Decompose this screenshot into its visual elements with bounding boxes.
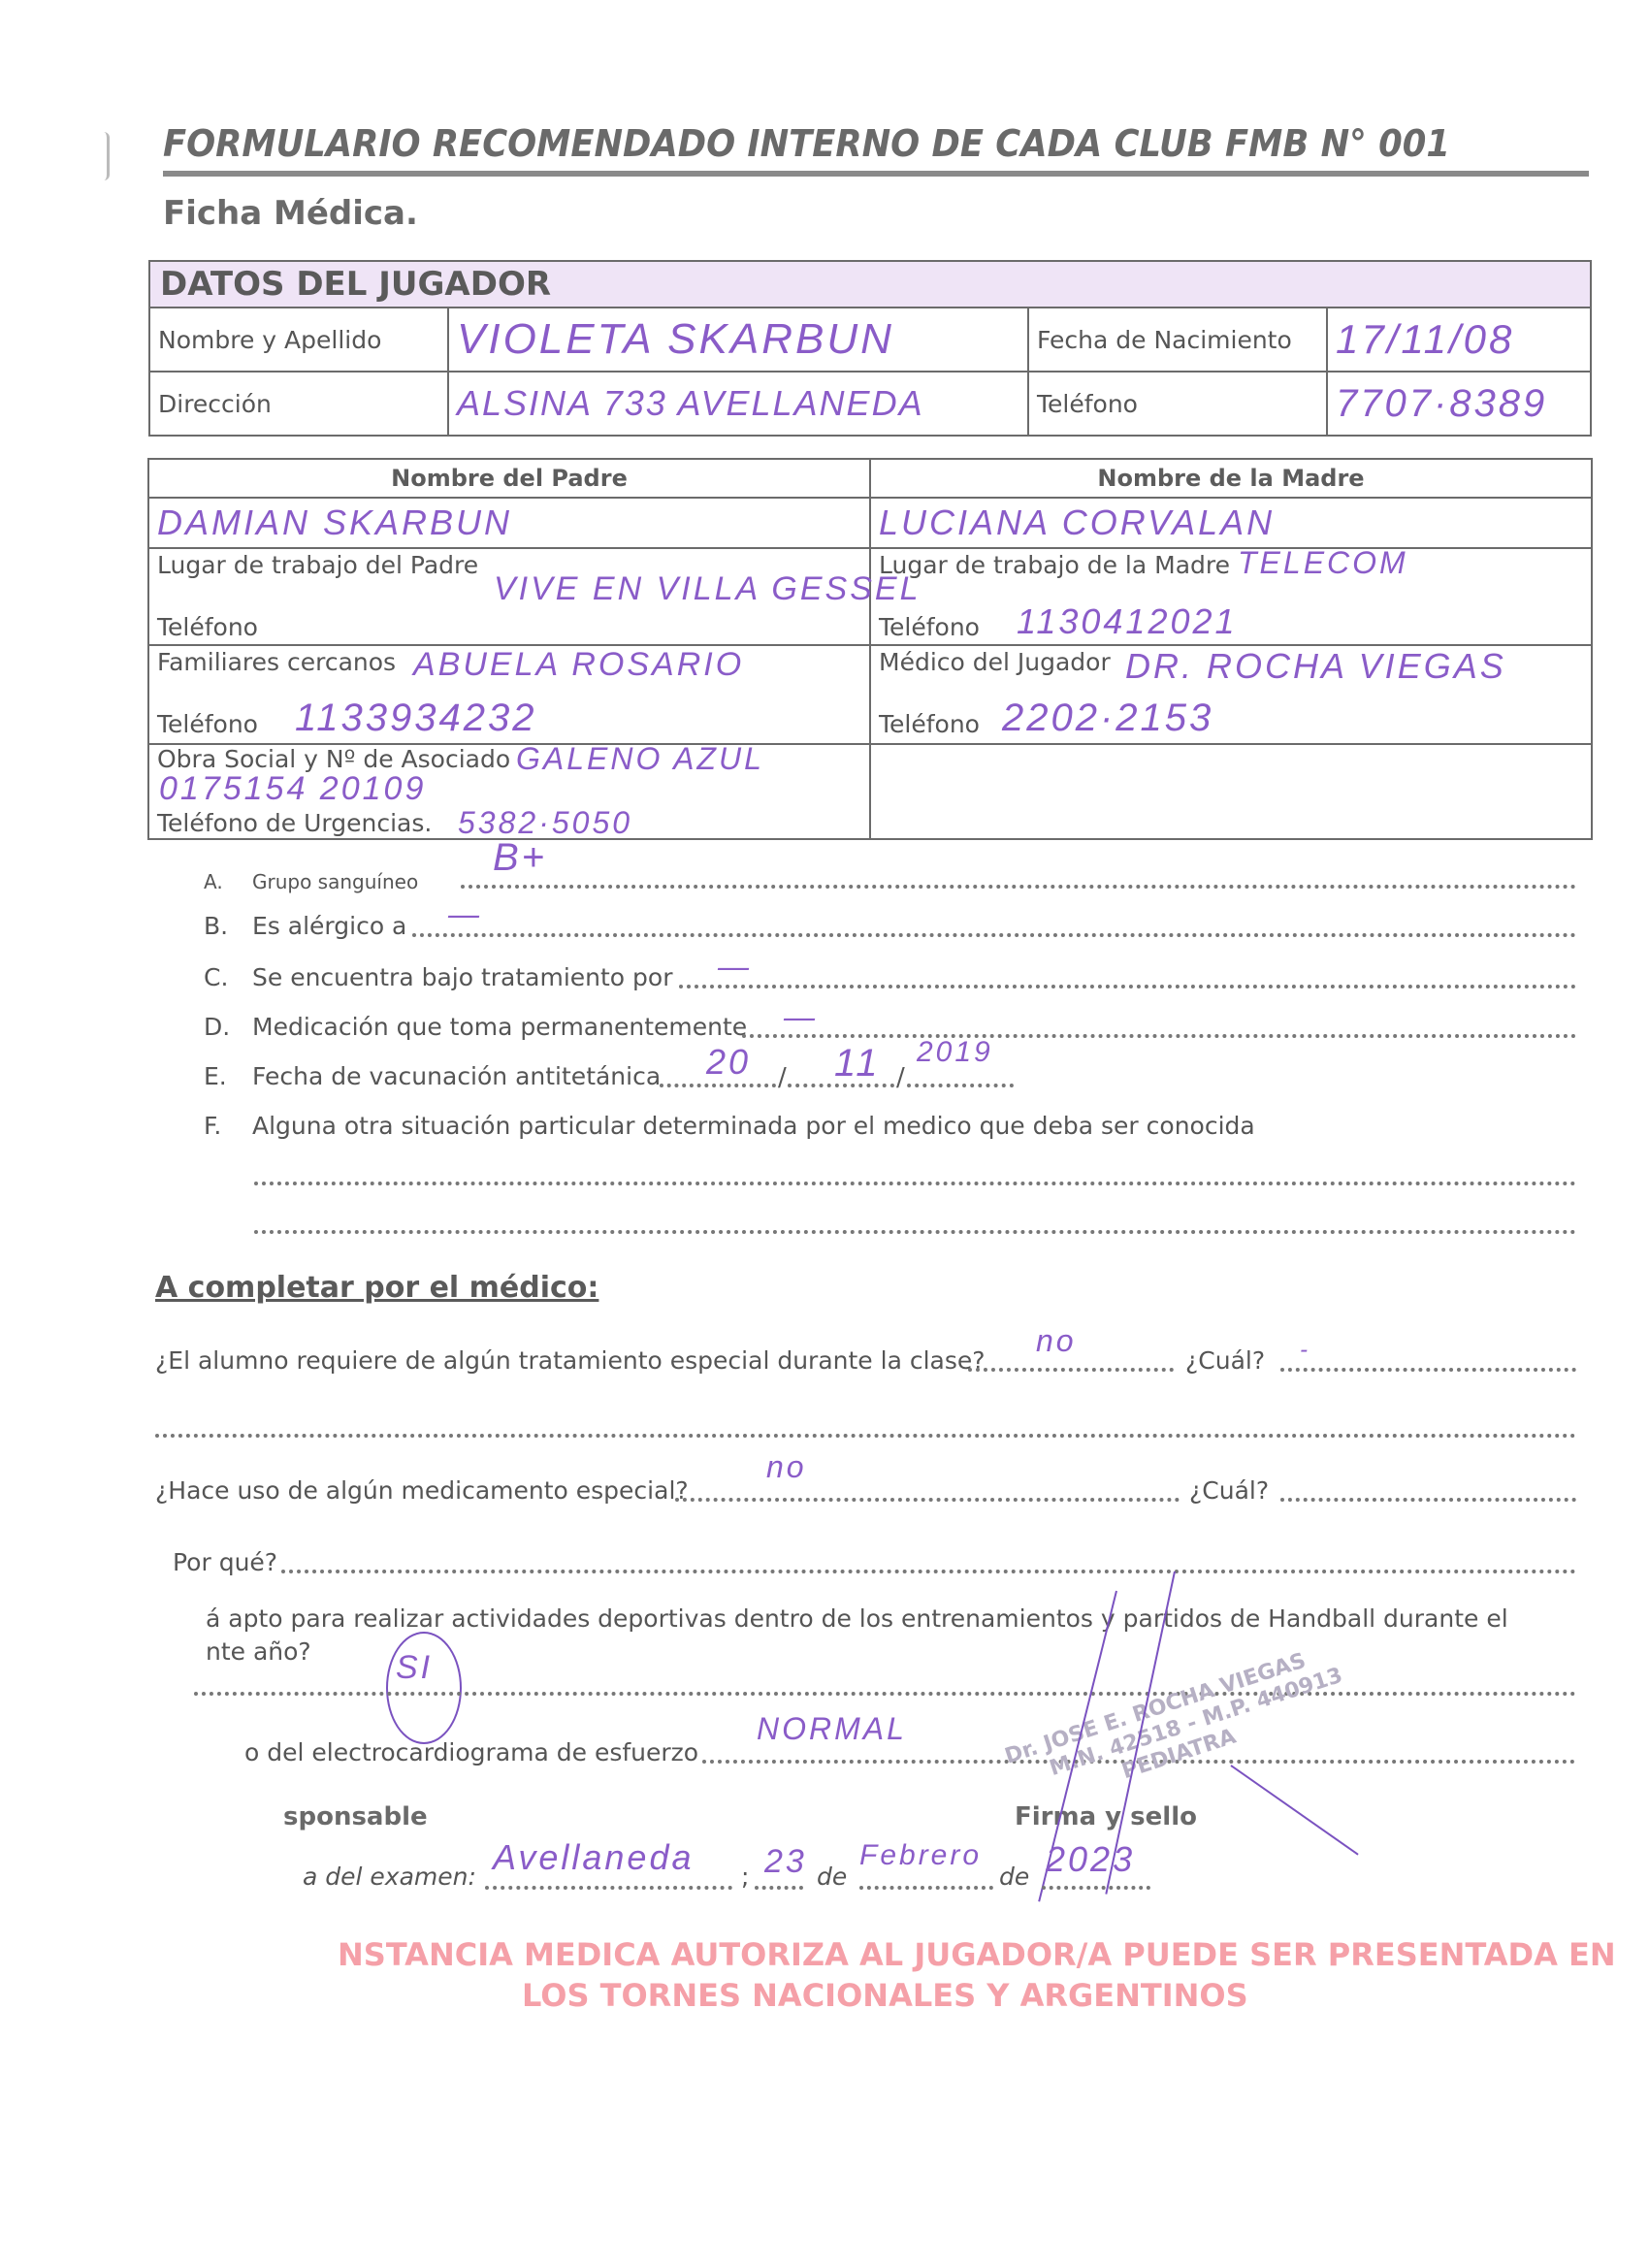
q-medication-label: ¿Hace uso de algún medicamento especial?	[155, 1476, 689, 1505]
list-letter: D.	[204, 1013, 252, 1041]
exam-day-field[interactable]: 23	[764, 1843, 807, 1881]
relatives-label: Familiares cercanos	[157, 648, 396, 676]
form-subtitle: Ficha Médica.	[163, 194, 418, 233]
emergency-label: Teléfono de Urgencias.	[157, 809, 432, 837]
list-item-treatment: C.Se encuentra bajo tratamiento por	[204, 963, 673, 991]
q-special-treatment-field[interactable]: no	[1036, 1323, 1077, 1359]
exam-de-label: de	[817, 1863, 847, 1891]
medication-line[interactable]	[742, 1034, 1576, 1038]
other-line-2[interactable]	[254, 1230, 1576, 1234]
address-label: Dirección	[158, 390, 272, 418]
q-ecg-label: o del electrocardiograma de esfuerzo	[244, 1738, 698, 1766]
q-special-treatment-line[interactable]	[968, 1368, 1174, 1372]
q-fit-label-line2: nte año?	[206, 1637, 311, 1666]
other-label: Alguna otra situación particular determi…	[252, 1112, 1255, 1140]
doctor-phone-label: Teléfono	[879, 710, 980, 738]
exam-month-line[interactable]	[859, 1886, 993, 1890]
q-medication-which-label: ¿Cuál?	[1189, 1476, 1269, 1505]
tetanus-year-line[interactable]	[907, 1084, 1014, 1087]
blood-type-field[interactable]: B+	[493, 836, 547, 880]
q-special-treatment-label: ¿El alumno requiere de algún tratamiento…	[155, 1346, 986, 1375]
insurance-number-field[interactable]: 0175154 20109	[159, 770, 426, 808]
name-field[interactable]: VIOLETA SKARBUN	[457, 315, 894, 363]
q-medication-line[interactable]	[675, 1498, 1180, 1502]
birth-label: Fecha de Nacimiento	[1037, 326, 1292, 354]
exam-de-label: de	[999, 1863, 1029, 1891]
doctor-stamp: Dr. JOSE E. ROCHA VIEGAS M.N. 42518 - M.…	[1002, 1639, 1354, 1818]
q-special-treatment-which-label: ¿Cuál?	[1185, 1346, 1265, 1375]
phone-label: Teléfono	[1037, 390, 1138, 418]
exam-year-field[interactable]: 2023	[1046, 1839, 1135, 1880]
tetanus-day-field[interactable]: 20	[706, 1042, 751, 1083]
form-title: FORMULARIO RECOMENDADO INTERNO DE CADA C…	[163, 122, 1450, 165]
empty-cell	[870, 744, 1592, 839]
blood-type-line[interactable]	[461, 885, 1576, 889]
relatives-phone-field[interactable]: 1133934232	[295, 697, 537, 740]
signature-stroke	[1230, 1765, 1358, 1855]
signature-label: Firma y sello	[1015, 1802, 1197, 1831]
doctor-phone-field[interactable]: 2202·2153	[1002, 697, 1213, 740]
date-separator: /	[778, 1063, 787, 1092]
treatment-line[interactable]	[679, 985, 1576, 988]
scan-artifact	[101, 132, 110, 180]
q-medication-which-line[interactable]	[1280, 1498, 1576, 1502]
medication-field[interactable]: —	[784, 999, 818, 1035]
list-item-allergies: B.Es alérgico a	[204, 912, 406, 940]
father-header: Nombre del Padre	[148, 459, 870, 498]
treatment-field[interactable]: —	[718, 949, 752, 985]
player-section-title: DATOS DEL JUGADOR	[149, 261, 1591, 308]
q-why-line[interactable]	[281, 1570, 1576, 1573]
player-data-table: DATOS DEL JUGADOR Nombre y Apellido VIOL…	[148, 260, 1592, 437]
mother-name-field[interactable]: LUCIANA CORVALAN	[879, 502, 1275, 542]
mother-work-label: Lugar de trabajo de la Madre	[879, 551, 1230, 579]
q-fit-line[interactable]	[194, 1692, 1576, 1696]
q-special-treatment-extra-line[interactable]	[155, 1434, 1576, 1438]
father-work-label: Lugar de trabajo del Padre	[157, 551, 478, 579]
separator: ;	[741, 1863, 749, 1891]
father-name-field[interactable]: DAMIAN SKARBUN	[157, 502, 512, 542]
birth-field[interactable]: 17/11/08	[1336, 316, 1514, 362]
treatment-label: Se encuentra bajo tratamiento por	[252, 963, 673, 991]
footer-line-1: NSTANCIA MEDICA AUTORIZA AL JUGADOR/A PU…	[338, 1936, 1616, 1973]
exam-month-field[interactable]: Febrero	[859, 1839, 982, 1872]
exam-day-line[interactable]	[755, 1886, 803, 1890]
exam-place-field[interactable]: Avellaneda	[493, 1837, 695, 1878]
tetanus-year-field[interactable]: 2019	[917, 1036, 993, 1069]
mother-header: Nombre de la Madre	[870, 459, 1592, 498]
list-letter: A.	[204, 870, 252, 893]
mother-phone-label: Teléfono	[879, 613, 980, 641]
allergies-line[interactable]	[412, 933, 1576, 937]
responsible-label: sponsable	[283, 1802, 428, 1831]
q-medication-field[interactable]: no	[766, 1449, 807, 1485]
relatives-field[interactable]: ABUELA ROSARIO	[413, 646, 744, 684]
address-field[interactable]: ALSINA 733 AVELLANEDA	[457, 383, 924, 423]
blood-type-label: Grupo sanguíneo	[252, 870, 418, 893]
tetanus-month-field[interactable]: 11	[834, 1042, 881, 1085]
q-special-treatment-which-field[interactable]: -	[1300, 1337, 1310, 1364]
list-item-tetanus-date: E.Fecha de vacunación antitetánica	[204, 1062, 661, 1090]
doctor-field[interactable]: DR. ROCHA VIEGAS	[1125, 646, 1506, 687]
father-phone-label: Teléfono	[157, 613, 258, 641]
mother-work-field[interactable]: TELECOM	[1238, 545, 1408, 581]
insurance-field[interactable]: GALENO AZUL	[516, 741, 764, 777]
q-fit-label-line1: á apto para realizar actividades deporti…	[206, 1604, 1508, 1633]
q-why-label: Por qué?	[173, 1548, 277, 1576]
other-line-1[interactable]	[254, 1182, 1576, 1185]
tetanus-date-label: Fecha de vacunación antitetánica	[252, 1062, 661, 1090]
father-work-field[interactable]: VIVE EN VILLA GESSEL	[494, 570, 921, 608]
exam-label: a del examen:	[303, 1863, 476, 1891]
list-item-blood-type: A.Grupo sanguíneo	[204, 866, 418, 894]
list-letter: C.	[204, 963, 252, 991]
list-letter: E.	[204, 1062, 252, 1090]
allergies-label: Es alérgico a	[252, 912, 406, 940]
allergies-field[interactable]: —	[448, 896, 482, 932]
phone-field[interactable]: 7707·8389	[1336, 382, 1547, 425]
doctor-label: Médico del Jugador	[879, 648, 1111, 676]
list-letter: B.	[204, 912, 252, 940]
medication-label: Medicación que toma permanentemente	[252, 1013, 747, 1041]
tetanus-day-line[interactable]	[660, 1084, 776, 1087]
q-ecg-field[interactable]: NORMAL	[757, 1711, 907, 1747]
title-divider	[163, 171, 1589, 177]
exam-year-line[interactable]	[1042, 1886, 1150, 1890]
relatives-phone-label: Teléfono	[157, 710, 258, 738]
q-special-treatment-which-line[interactable]	[1280, 1368, 1576, 1372]
exam-place-line[interactable]	[485, 1886, 732, 1890]
q-fit-field[interactable]: SI	[396, 1649, 433, 1687]
footer-line-2: LOS TORNES NACIONALES Y ARGENTINOS	[522, 1977, 1248, 2014]
list-letter: F.	[204, 1112, 252, 1140]
name-label: Nombre y Apellido	[158, 326, 381, 354]
list-item-other: F.Alguna otra situación particular deter…	[204, 1112, 1255, 1140]
doctor-section-title: A completar por el médico:	[155, 1271, 598, 1305]
parents-table: Nombre del Padre Nombre de la Madre DAMI…	[147, 458, 1593, 840]
list-item-medication: D.Medicación que toma permanentemente	[204, 1013, 747, 1041]
insurance-label: Obra Social y Nº de Asociado	[157, 745, 510, 773]
date-separator: /	[896, 1063, 905, 1092]
mother-phone-field[interactable]: 1130412021	[1017, 601, 1238, 642]
